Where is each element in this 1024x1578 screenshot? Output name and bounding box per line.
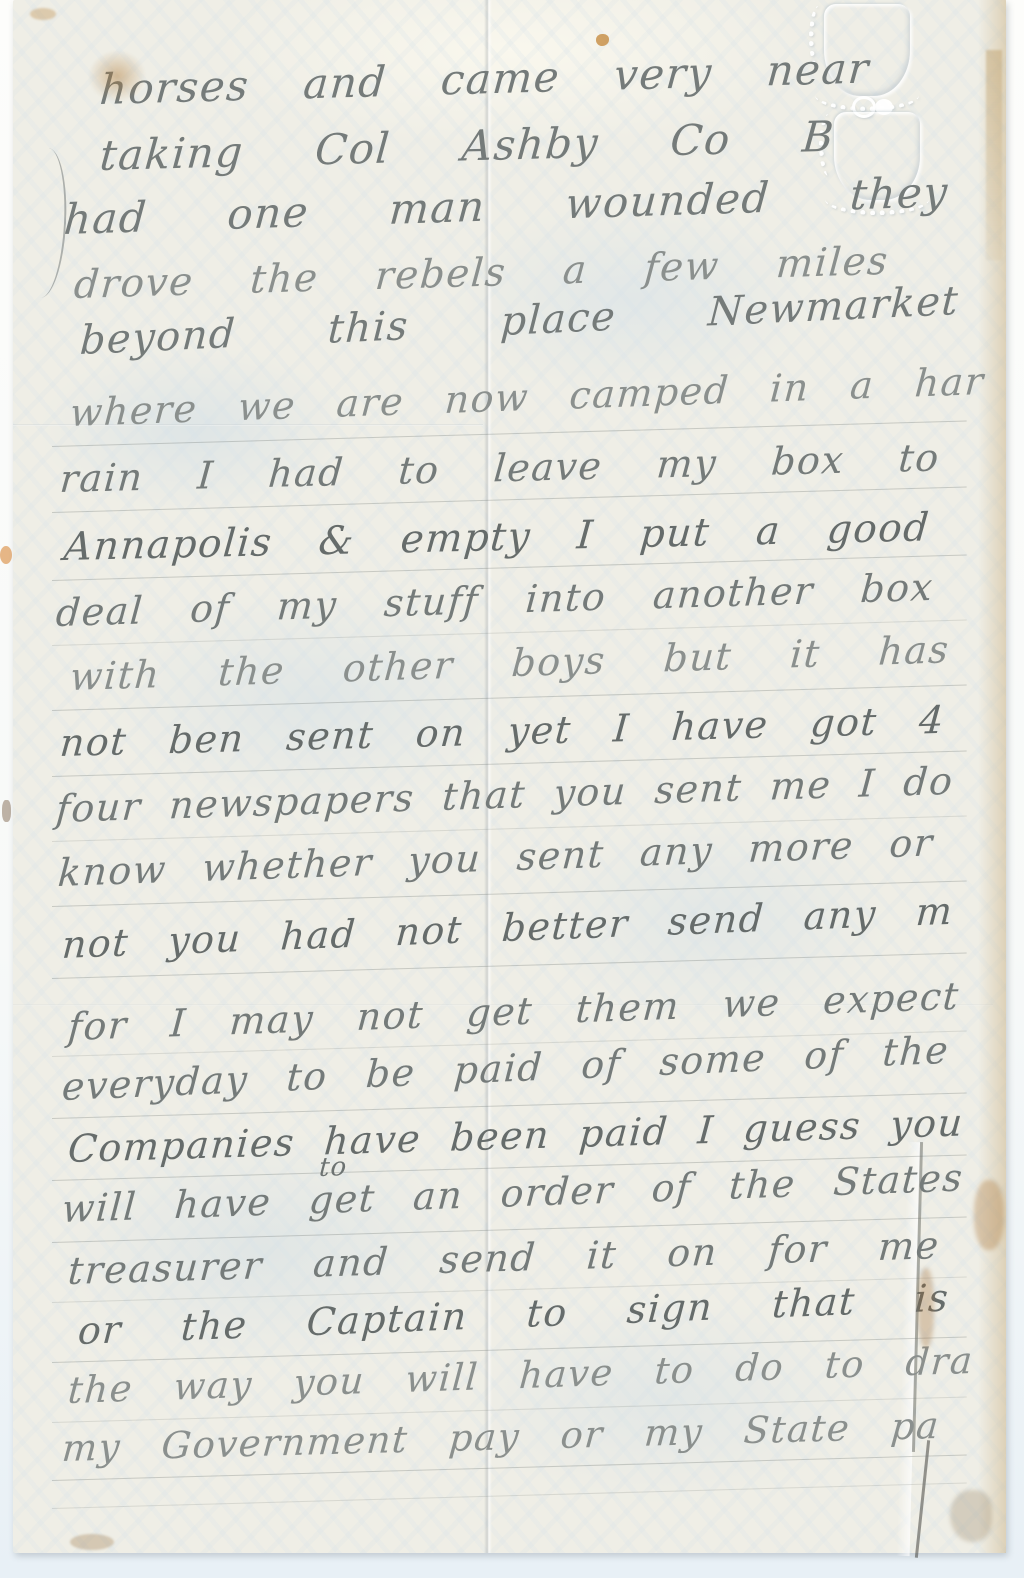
scanned-letter-page: horses and came very near taking Col Ash… [0,0,1024,1578]
stain [2,800,11,822]
letter-line-text: will have [61,1180,274,1231]
stain [0,546,12,564]
inserted-word-above-line: to [318,1154,348,1182]
